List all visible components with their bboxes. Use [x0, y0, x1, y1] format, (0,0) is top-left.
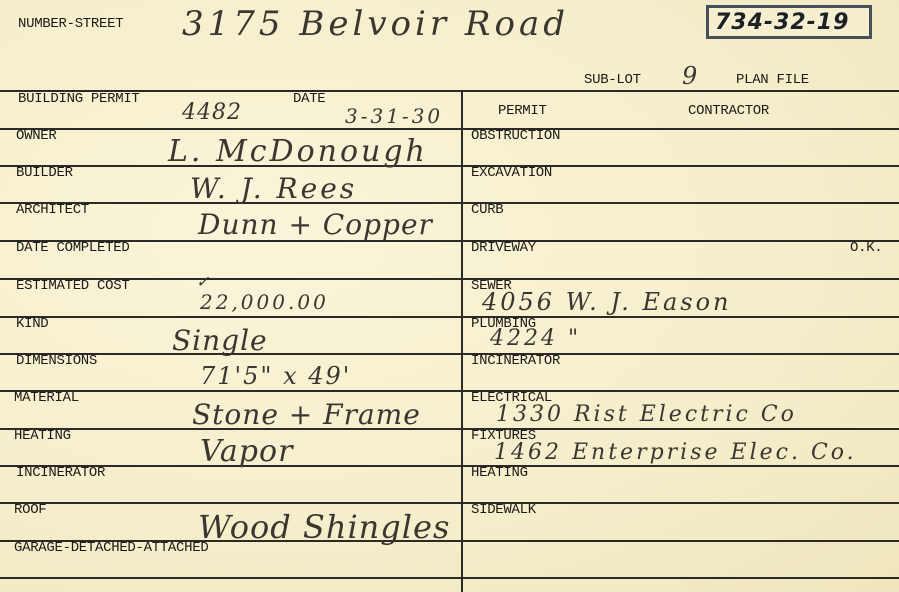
material-value: Stone + Frame	[192, 398, 421, 431]
material-label: MATERIAL	[14, 390, 79, 406]
sub-lot-value: 9	[682, 62, 698, 90]
date-label: DATE	[293, 91, 325, 107]
driveway-label: DRIVEWAY	[471, 240, 536, 256]
roof-value: Wood Shingles	[198, 508, 450, 546]
rule	[0, 240, 899, 242]
rule	[0, 278, 899, 280]
builder-label: BUILDER	[16, 165, 73, 181]
fixtures-value: 1462 Enterprise Elec. Co.	[494, 440, 857, 465]
column-divider	[461, 90, 463, 592]
incinerator-label: INCINERATOR	[16, 465, 105, 481]
building-permit-card: NUMBER-STREET 3175 Belvoir Road 734-32-1…	[0, 0, 899, 592]
builder-value: W. J. Rees	[190, 172, 357, 205]
building-permit-label: BUILDING PERMIT	[18, 91, 140, 107]
electrical-value: 1330 Rist Electric Co	[496, 402, 797, 427]
owner-label: OWNER	[16, 128, 57, 144]
dimensions-value: 71'5" x 49'	[200, 362, 351, 390]
sidewalk-label: SIDEWALK	[471, 502, 536, 518]
heating-permit-label: HEATING	[471, 465, 528, 481]
architect-label: ARCHITECT	[16, 202, 89, 218]
rule	[0, 577, 899, 579]
incinerator-permit-label: INCINERATOR	[471, 353, 560, 369]
rule	[0, 465, 899, 467]
rule	[0, 390, 899, 392]
owner-value: L. McDonough	[168, 134, 428, 169]
estimated-cost-value: 22,000.00	[200, 290, 329, 314]
architect-value: Dunn + Copper	[198, 208, 433, 241]
plumbing-value: 4224 "	[490, 326, 581, 351]
number-street-label: NUMBER-STREET	[18, 16, 123, 32]
garage-label: GARAGE-DETACHED-ATTACHED	[14, 540, 208, 556]
building-permit-value: 4482	[182, 100, 242, 125]
excavation-label: EXCAVATION	[471, 165, 552, 181]
checkmark-icon: ✓	[196, 272, 210, 291]
rule	[0, 128, 899, 130]
rule	[0, 316, 899, 318]
curb-label: CURB	[471, 202, 503, 218]
permit-header: PERMIT	[498, 103, 547, 119]
estimated-cost-label: ESTIMATED COST	[16, 278, 129, 294]
rule	[0, 202, 899, 204]
date-completed-label: DATE COMPLETED	[16, 240, 129, 256]
rule	[0, 353, 899, 355]
rule	[0, 165, 899, 167]
file-number: 734-32-19	[715, 10, 849, 35]
sub-lot-label: SUB-LOT	[584, 72, 641, 88]
contractor-header: CONTRACTOR	[688, 103, 769, 119]
roof-label: ROOF	[14, 502, 46, 518]
date-value: 3-31-30	[345, 104, 443, 128]
obstruction-label: OBSTRUCTION	[471, 128, 560, 144]
sewer-value: 4056 W. J. Eason	[482, 288, 732, 316]
kind-label: KIND	[16, 316, 48, 332]
dimensions-label: DIMENSIONS	[16, 353, 97, 369]
file-number-stamp: 734-32-19	[706, 5, 872, 39]
rule	[0, 428, 899, 430]
heating-value: Vapor	[200, 434, 293, 469]
driveway-value: O.K.	[850, 240, 882, 256]
rule	[0, 502, 899, 504]
heating-label: HEATING	[14, 428, 71, 444]
kind-value: Single	[172, 324, 268, 357]
number-street-value: 3175 Belvoir Road	[182, 4, 569, 44]
plan-file-label: PLAN FILE	[736, 72, 809, 88]
